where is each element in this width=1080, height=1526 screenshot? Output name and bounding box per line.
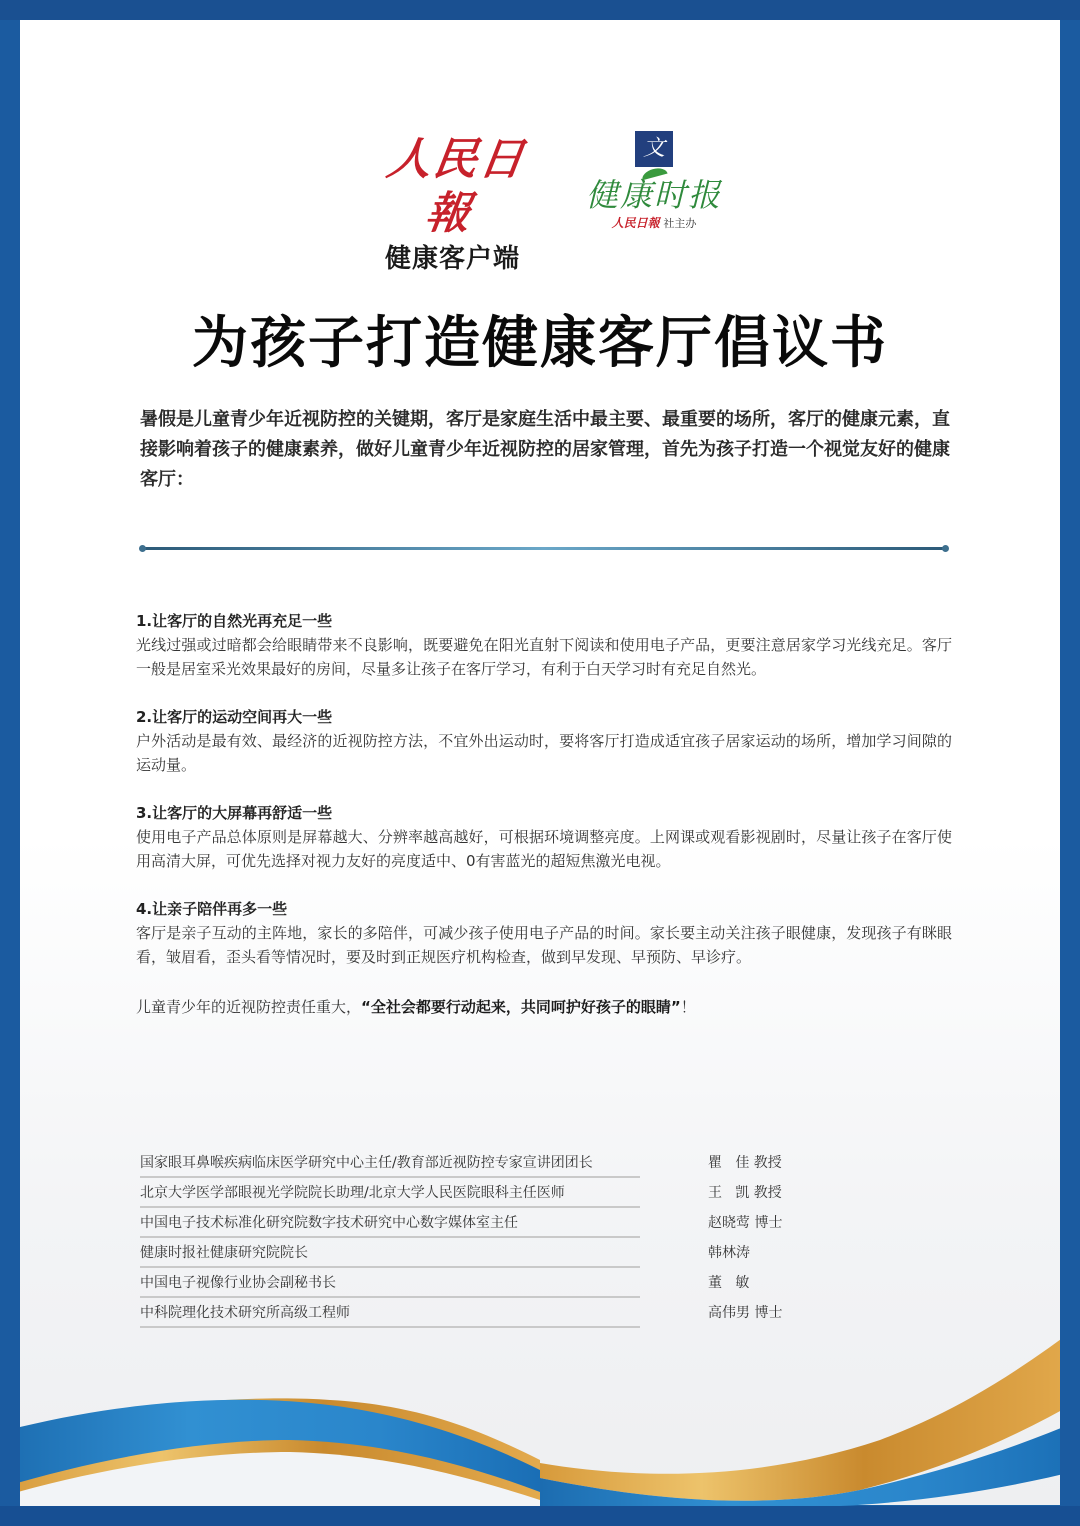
signatory-row: 中科院理化技术研究所高级工程师 高伟男 博士: [140, 1298, 820, 1328]
section-heading: 3.让客厅的大屏幕再舒适一些: [136, 801, 952, 825]
section-heading: 2.让客厅的运动空间再大一些: [136, 705, 952, 729]
page-title: 为孩子打造健康客厅倡议书: [140, 308, 940, 380]
signatory-name: 瞿 佳 教授: [708, 1152, 782, 1174]
signatory-row: 中国电子技术标准化研究院数字技术研究中心数字媒体室主任 赵晓莺 博士: [140, 1208, 820, 1238]
section-body: 光线过强或过暗都会给眼睛带来不良影响，既要避免在阳光直射下阅读和使用电子产品，更…: [136, 633, 952, 681]
signatory-row: 健康时报社健康研究院院长 韩林涛: [140, 1238, 820, 1268]
signatories-list: 国家眼耳鼻喉疾病临床医学研究中心主任/教育部近视防控专家宣讲团团长 瞿 佳 教授…: [140, 1148, 820, 1328]
section-parent-companionship: 4.让亲子陪伴再多一些 客厅是亲子互动的主阵地，家长的多陪伴，可减少孩子使用电子…: [136, 897, 952, 969]
signatory-name: 董 敏: [708, 1272, 749, 1294]
peoples-daily-health-logo: 人民日報 健康客户端: [370, 133, 535, 275]
intro-paragraph: 暑假是儿童青少年近视防控的关键期，客厅是家庭生活中最主要、最重要的场所，客厅的健…: [140, 405, 950, 495]
closing-quote: “全社会都要行动起来，共同呵护好孩子的眼睛”: [361, 998, 681, 1016]
health-times-publisher: 人民日報 社主办: [584, 215, 724, 232]
section-body: 户外活动是最有效、最经济的近视防控方法，不宜外出运动时，要将客厅打造成适宜孩子居…: [136, 729, 952, 777]
signatory-row: 北京大学医学部眼视光学院院长助理/北京大学人民医院眼科主任医师 王 凯 教授: [140, 1178, 820, 1208]
section-big-screen: 3.让客厅的大屏幕再舒适一些 使用电子产品总体原则是屏幕越大、分辨率越高越好，可…: [136, 801, 952, 873]
row-rule: [140, 1326, 640, 1328]
signatory-org: 健康时报社健康研究院院长: [140, 1242, 640, 1264]
health-client-label: 健康客户端: [370, 243, 535, 275]
section-body: 客厅是亲子互动的主阵地，家长的多陪伴，可减少孩子使用电子产品的时间。家长要主动关…: [136, 921, 952, 969]
section-natural-light: 1.让客厅的自然光再充足一些 光线过强或过暗都会给眼睛带来不良影响，既要避免在阳…: [136, 609, 952, 681]
health-times-wordmark: 健康时报: [584, 177, 724, 213]
signatory-name: 高伟男 博士: [708, 1302, 782, 1324]
section-body: 使用电子产品总体原则是屏幕越大、分辨率越高越好，可根据环境调整亮度。上网课或观看…: [136, 825, 952, 873]
signatory-row: 国家眼耳鼻喉疾病临床医学研究中心主任/教育部近视防控专家宣讲团团长 瞿 佳 教授: [140, 1148, 820, 1178]
signatory-name: 赵晓莺 博士: [708, 1212, 782, 1234]
signatory-org: 中国电子视像行业协会副秘书长: [140, 1272, 640, 1294]
signatory-org: 北京大学医学部眼视光学院院长助理/北京大学人民医院眼科主任医师: [140, 1182, 640, 1204]
signatory-org: 中科院理化技术研究所高级工程师: [140, 1302, 640, 1324]
section-exercise-space: 2.让客厅的运动空间再大一些 户外活动是最有效、最经济的近视防控方法，不宜外出运…: [136, 705, 952, 777]
signatory-row: 中国电子视像行业协会副秘书长 董 敏: [140, 1268, 820, 1298]
bottom-frame-bar: [0, 1506, 1080, 1526]
health-times-logo: 文 健康时报 人民日報 社主办: [584, 131, 724, 232]
signatory-name: 王 凯 教授: [708, 1182, 782, 1204]
proposal-sections: 1.让客厅的自然光再充足一些 光线过强或过暗都会给眼睛带来不良影响，既要避免在阳…: [136, 609, 952, 993]
signatory-org: 国家眼耳鼻喉疾病临床医学研究中心主任/教育部近视防控专家宣讲团团长: [140, 1152, 640, 1174]
section-divider: [142, 547, 946, 550]
signatory-org: 中国电子技术标准化研究院数字技术研究中心数字媒体室主任: [140, 1212, 640, 1234]
signatory-name: 韩林涛: [708, 1242, 750, 1264]
health-times-emblem-icon: 文: [635, 131, 673, 167]
section-heading: 4.让亲子陪伴再多一些: [136, 897, 952, 921]
closing-statement: 儿童青少年的近视防控责任重大，“全社会都要行动起来，共同呵护好孩子的眼睛”！: [136, 995, 952, 1019]
section-heading: 1.让客厅的自然光再充足一些: [136, 609, 952, 633]
peoples-daily-wordmark: 人民日報: [362, 133, 542, 241]
